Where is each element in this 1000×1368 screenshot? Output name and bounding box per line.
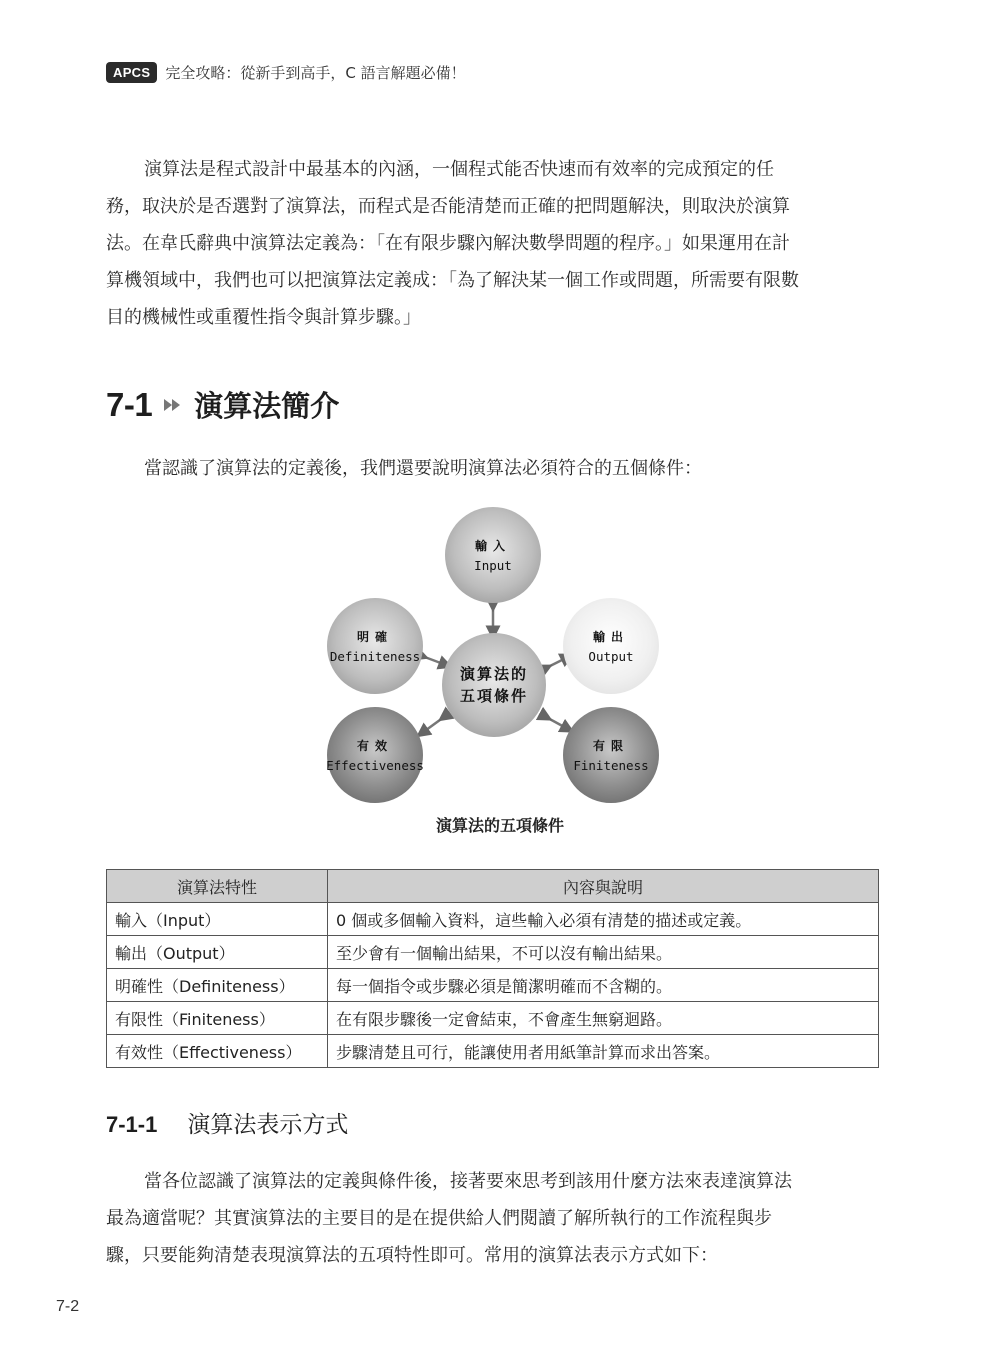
five-conditions-diagram: 輸入 Input 明確 Definiteness 輸出 Output 演算法的 … xyxy=(320,505,670,805)
node-output: 輸出 Output xyxy=(563,598,659,694)
cell-property: 輸出（Output） xyxy=(107,936,328,969)
column-header: 演算法特性 xyxy=(107,870,328,903)
intro-paragraph: 演算法是程式設計中最基本的內涵，一個程式能否快速而有效率的完成預定的任 務，取決… xyxy=(106,151,882,336)
table-header-row: 演算法特性 內容與說明 xyxy=(107,870,879,903)
cell-description: 至少會有一個輸出結果，不可以沒有輸出結果。 xyxy=(328,936,879,969)
cell-property: 輸入（Input） xyxy=(107,903,328,936)
cell-description: 每一個指令或步驟必須是簡潔明確而不含糊的。 xyxy=(328,969,879,1002)
paragraph-line: 當各位認識了演算法的定義與條件後，接著要來思考到該用什麼方法來表達演算法 xyxy=(106,1163,882,1200)
intro-line: 目的機械性或重覆性指令與計算步驟。」 xyxy=(106,299,882,336)
table-row: 輸出（Output） 至少會有一個輸出結果，不可以沒有輸出結果。 xyxy=(107,936,879,969)
section-number: 7-1 xyxy=(106,386,152,424)
cell-description: 步驟清楚且可行，能讓使用者用紙筆計算而求出答案。 xyxy=(328,1035,879,1068)
column-header: 內容與說明 xyxy=(328,870,879,903)
conditions-table: 演算法特性 內容與說明 輸入（Input） 0 個或多個輸入資料，這些輸入必須有… xyxy=(106,869,879,1068)
double-chevron-icon xyxy=(162,397,184,413)
figure-caption: 演算法的五項條件 xyxy=(0,813,1000,836)
running-header: APCS 完全攻略：從新手到高手，C 語言解題必備！ xyxy=(106,62,466,83)
table-row: 有限性（Finiteness） 在有限步驟後一定會結束，不會產生無窮迴路。 xyxy=(107,1002,879,1035)
cell-description: 0 個或多個輸入資料，這些輸入必須有清楚的描述或定義。 xyxy=(328,903,879,936)
node-center: 演算法的 五項條件 xyxy=(442,633,546,737)
intro-line: 務，取決於是否選對了演算法，而程式是否能清楚而正確的把問題解決，則取決於演算 xyxy=(106,188,882,225)
subsection-paragraph: 當各位認識了演算法的定義與條件後，接著要來思考到該用什麼方法來表達演算法 最為適… xyxy=(106,1163,882,1274)
node-finiteness: 有限 Finiteness xyxy=(563,707,659,803)
node-effectiveness: 有效 Effectiveness xyxy=(327,707,423,803)
section-title: 演算法簡介 xyxy=(194,384,339,425)
intro-line: 演算法是程式設計中最基本的內涵，一個程式能否快速而有效率的完成預定的任 xyxy=(106,151,882,188)
section-lead: 當認識了演算法的定義後，我們還要說明演算法必須符合的五個條件： xyxy=(106,450,882,487)
subsection-heading-7-1-1: 7-1-1 演算法表示方式 xyxy=(106,1106,348,1139)
table-row: 有效性（Effectiveness） 步驟清楚且可行，能讓使用者用紙筆計算而求出… xyxy=(107,1035,879,1068)
subsection-number: 7-1-1 xyxy=(106,1112,157,1138)
subsection-title: 演算法表示方式 xyxy=(187,1106,348,1139)
intro-line: 算機領域中，我們也可以把演算法定義成：「為了解決某一個工作或問題，所需要有限數 xyxy=(106,262,882,299)
node-input: 輸入 Input xyxy=(445,507,541,603)
node-definiteness: 明確 Definiteness xyxy=(327,598,423,694)
cell-property: 有效性（Effectiveness） xyxy=(107,1035,328,1068)
cell-property: 明確性（Definiteness） xyxy=(107,969,328,1002)
cell-property: 有限性（Finiteness） xyxy=(107,1002,328,1035)
paragraph-line: 最為適當呢？其實演算法的主要目的是在提供給人們閱讀了解所執行的工作流程與步 xyxy=(106,1200,882,1237)
apcs-badge: APCS xyxy=(106,62,157,83)
section-heading-7-1: 7-1 演算法簡介 xyxy=(106,384,339,425)
intro-line: 法。在韋氏辭典中演算法定義為：「在有限步驟內解決數學問題的程序。」如果運用在計 xyxy=(106,225,882,262)
book-title: 完全攻略：從新手到高手，C 語言解題必備！ xyxy=(165,62,465,83)
cell-description: 在有限步驟後一定會結束，不會產生無窮迴路。 xyxy=(328,1002,879,1035)
table-row: 輸入（Input） 0 個或多個輸入資料，這些輸入必須有清楚的描述或定義。 xyxy=(107,903,879,936)
paragraph-line: 驟，只要能夠清楚表現演算法的五項特性即可。常用的演算法表示方式如下： xyxy=(106,1237,882,1274)
table-row: 明確性（Definiteness） 每一個指令或步驟必須是簡潔明確而不含糊的。 xyxy=(107,969,879,1002)
page-number: 7-2 xyxy=(56,1298,79,1316)
